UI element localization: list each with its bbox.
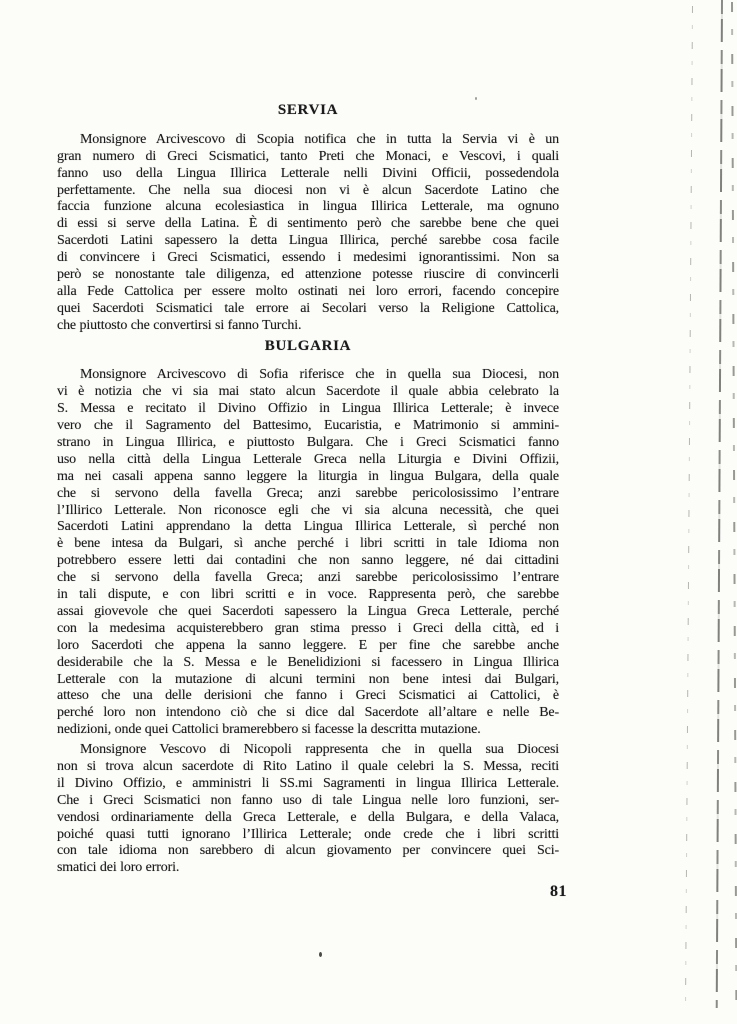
text-line: loro Sacerdoti che appena la sanno legge… (57, 638, 559, 655)
text-line: con la medesima acquisterebbero gran sti… (57, 621, 559, 638)
text-line: di convincere i Greci Scismatici, essend… (57, 250, 559, 267)
text-line: ma nei casali appena sanno leggere la li… (57, 469, 559, 486)
text-line: vi è notizia che vi sia mai stato alcun … (57, 384, 559, 401)
section-heading-bulgaria: BULGARIA (57, 338, 559, 355)
text-line: è bene intesa da Bulgari, sì anche perch… (57, 536, 559, 553)
scan-speck (475, 97, 477, 100)
paragraph: Monsignore Arcivescovo di Sofia riferisc… (57, 367, 559, 739)
text-line: non si trova alcun sacerdote di Rito Lat… (57, 759, 559, 776)
scan-speck (319, 952, 322, 957)
text-line: di essi si serve della Latina. È di sent… (57, 216, 559, 233)
text-line: potrebbero essere letti dai contadini ch… (57, 553, 559, 570)
text-line: perfettamente. Che nella sua diocesi non… (57, 183, 559, 200)
text-line: in tali dispute, e con libri scritti e i… (57, 587, 559, 604)
scan-artifact-line (685, 6, 693, 1006)
text-line: gran numero di Greci Scismatici, tanto P… (57, 149, 559, 166)
text-line: Sacerdoti Latini apprendano la detta Lin… (57, 519, 559, 536)
text-line: alla Fede Cattolica per essere molto ost… (57, 284, 559, 301)
text-line: perché loro non intendono ciò che si dic… (57, 705, 559, 722)
text-line: fanno uso della Lingua Illirica Letteral… (57, 166, 559, 183)
scan-artifact-line (716, 0, 723, 1008)
text-line: vendosi ordinariamente della Greca Lette… (57, 810, 559, 827)
text-line: Sacerdoti Latini sapessero la detta Ling… (57, 233, 559, 250)
text-line: poiché quasi tutti ignorano l’Illirica L… (57, 827, 559, 844)
text-line: Monsignore Vescovo di Nicopoli rappresen… (57, 742, 559, 759)
text-line: l’Illirico Letterale. Non riconosce egli… (57, 503, 559, 520)
text-line: che piuttosto che convertirsi si fanno T… (57, 318, 559, 335)
paragraph: Monsignore Arcivescovo di Scopia notific… (57, 132, 559, 335)
text-line: smatici dei loro errori. (57, 860, 559, 877)
text-line: però se nonostante tale diligenza, ed at… (57, 267, 559, 284)
text-line: assai giovevole che quei Sacerdoti sapes… (57, 604, 559, 621)
text-line: Letterale con la mutazione di alcuni ter… (57, 672, 559, 689)
text-line: che si servono della favella Greca; anzi… (57, 570, 559, 587)
text-line: strano in Lingua Illirica, e piuttosto B… (57, 435, 559, 452)
text-line: che si servono della favella Greca; anzi… (57, 486, 559, 503)
scanned-book-page: SERVIAMonsignore Arcivescovo di Scopia n… (0, 0, 737, 1024)
page-text-block: SERVIAMonsignore Arcivescovo di Scopia n… (57, 102, 559, 877)
text-line: Che i Greci Scismatici non fanno uso di … (57, 793, 559, 810)
scan-artifact-line (731, 2, 737, 1002)
text-line: nedizioni, onde quei Cattolici bramerebb… (57, 722, 559, 739)
text-line: desiderabile che la S. Messa e le Beneli… (57, 655, 559, 672)
paragraph: Monsignore Vescovo di Nicopoli rappresen… (57, 742, 559, 877)
text-line: atteso che una delle derisioni che fanno… (57, 688, 559, 705)
text-line: S. Messa e recitato il Divino Offizio in… (57, 401, 559, 418)
text-line: faccia funzione alcuna ecolesiastica in … (57, 199, 559, 216)
text-line: Monsignore Arcivescovo di Scopia notific… (57, 132, 559, 149)
text-line: vero che il Sagramento del Battesimo, Eu… (57, 418, 559, 435)
text-line: Monsignore Arcivescovo di Sofia riferisc… (57, 367, 559, 384)
section-heading-servia: SERVIA (57, 102, 559, 119)
text-line: uso nella città della Lingua Letterale G… (57, 452, 559, 469)
text-line: con tale idioma non sarebbero di alcun g… (57, 843, 559, 860)
page-number: 81 (550, 883, 567, 901)
text-line: quei Sacerdoti Scismatici tale errore ai… (57, 301, 559, 318)
text-line: il Divino Offizio, e amministri li SS.mi… (57, 776, 559, 793)
